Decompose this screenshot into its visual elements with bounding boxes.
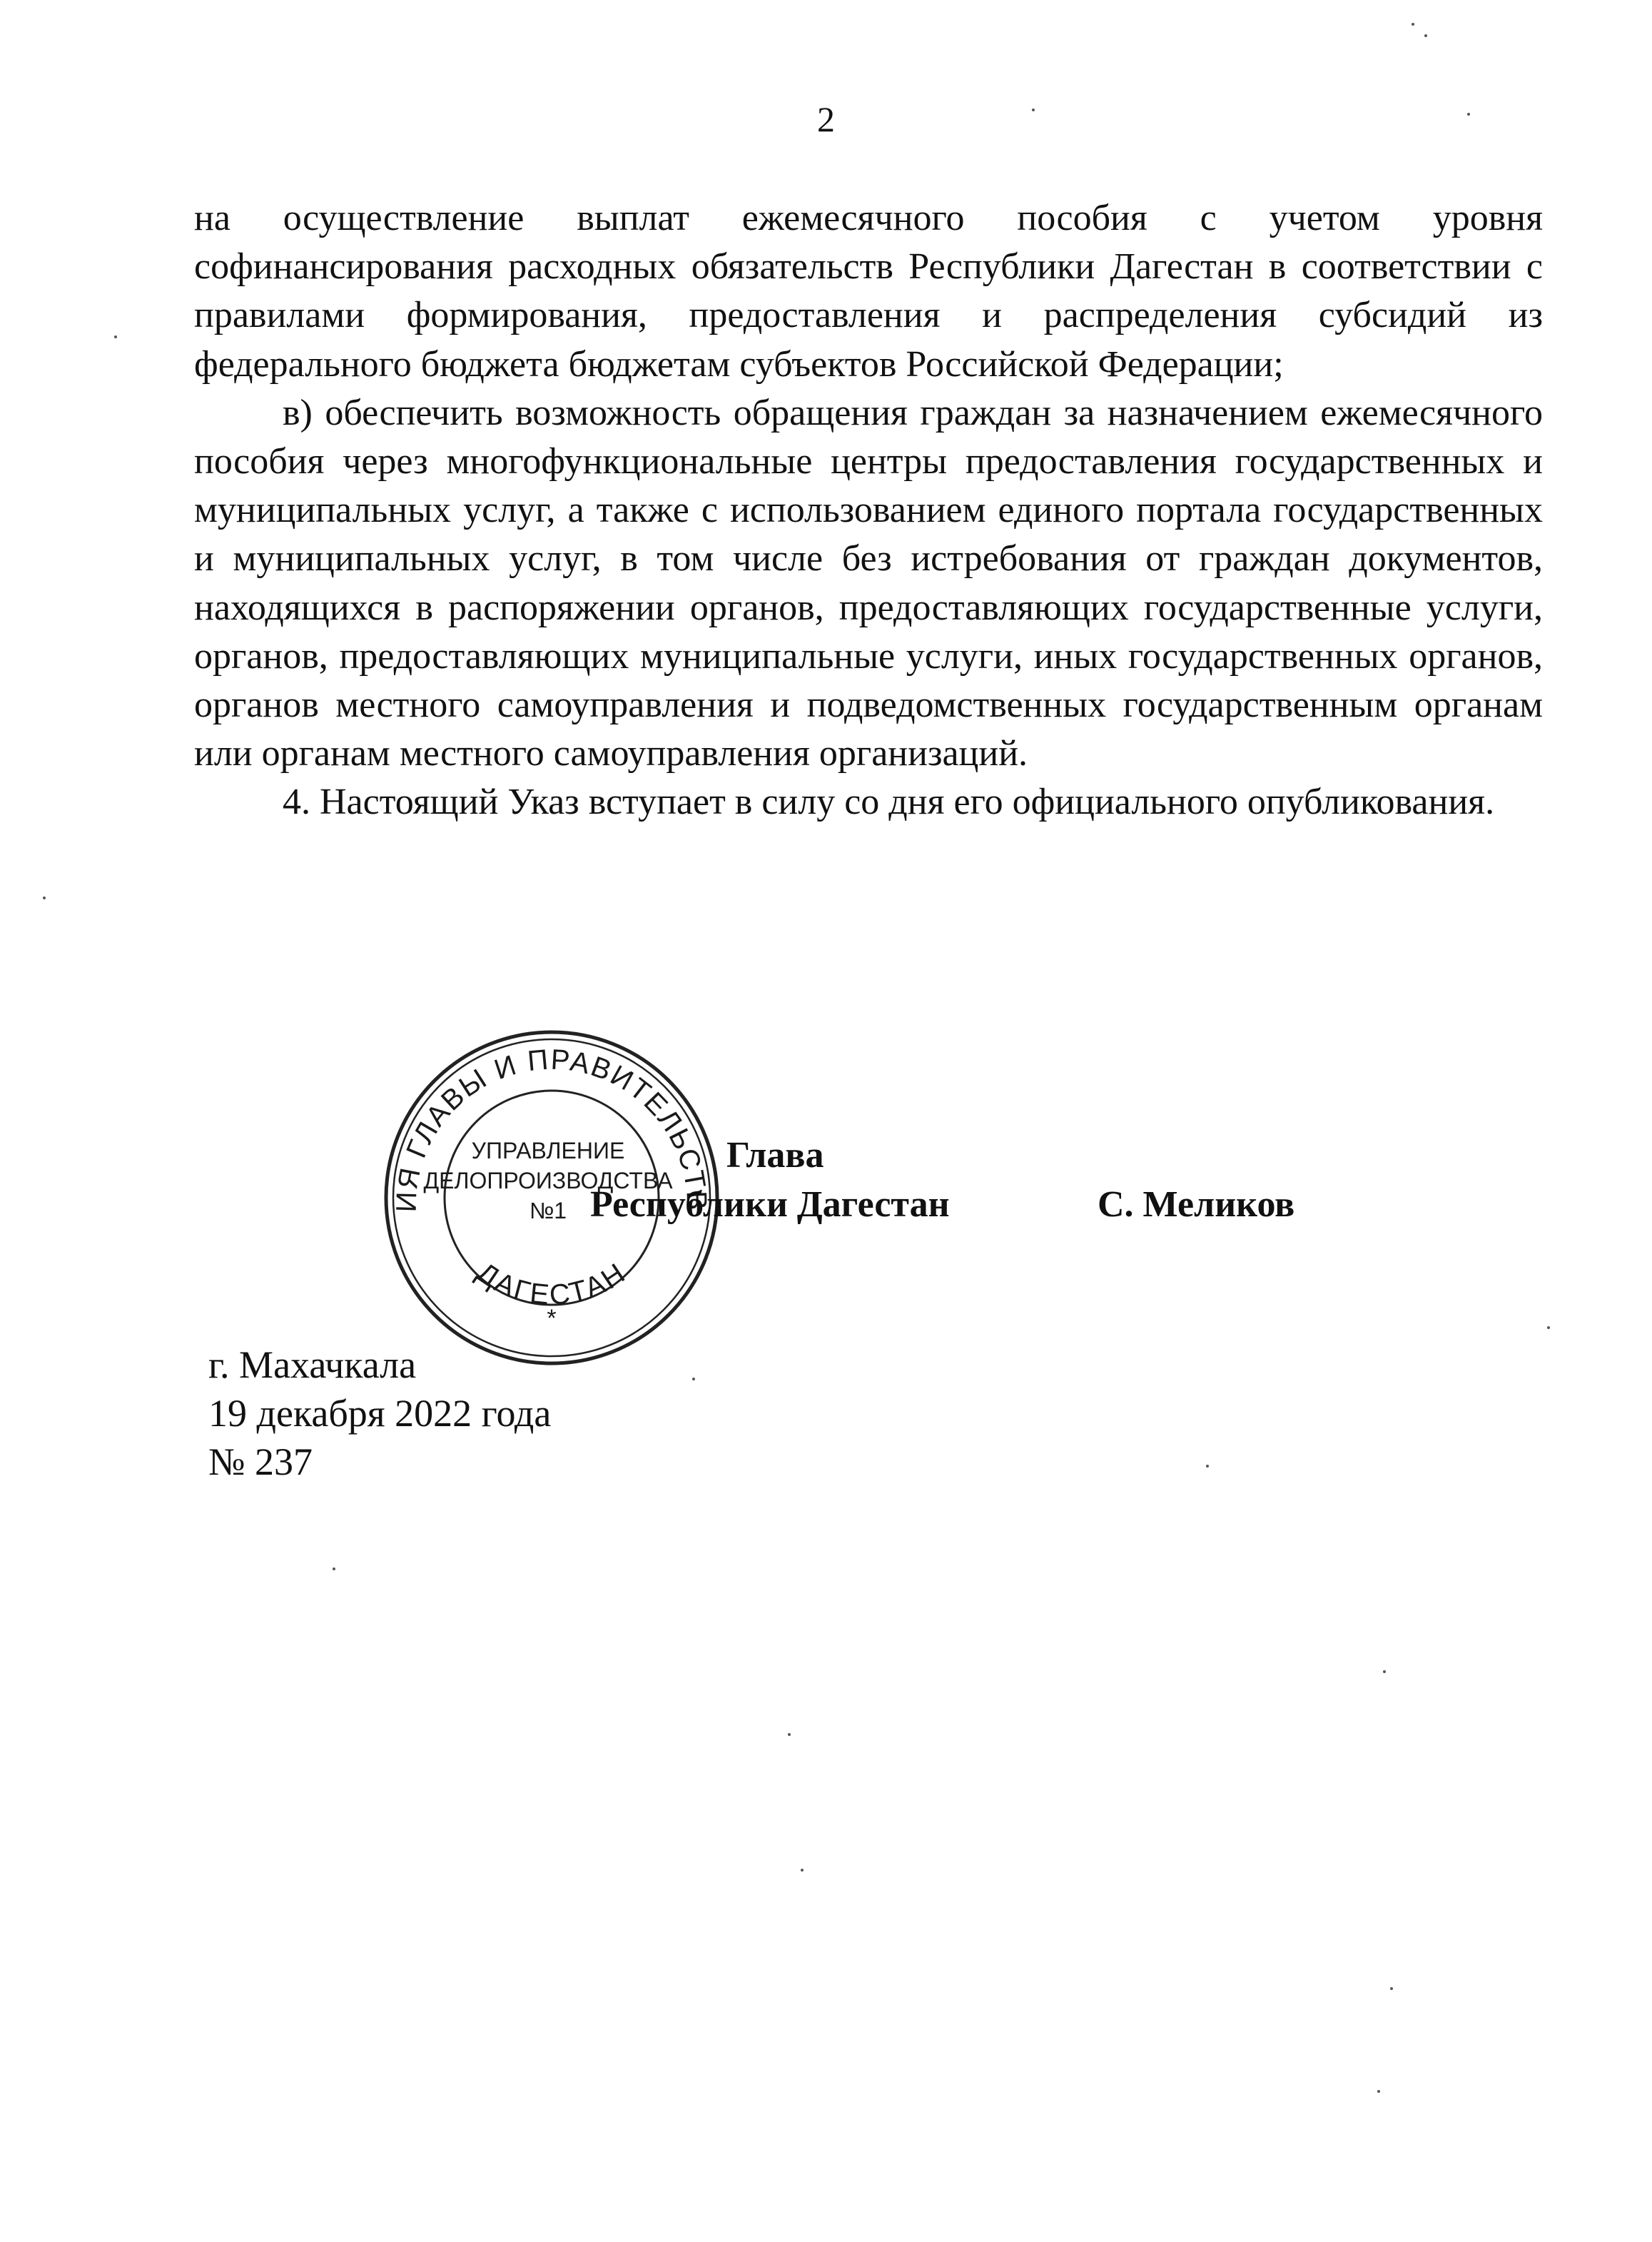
signatory-title-line-2: Республики Дагестан — [590, 1181, 950, 1229]
scan-speck — [114, 335, 117, 338]
stamp-center-line-1: УПРАВЛЕНИЕ — [472, 1138, 625, 1163]
stamp-star-icon: * — [547, 1305, 556, 1332]
scan-speck — [801, 1869, 804, 1872]
signatory-name: С. Меликов — [1098, 1181, 1294, 1229]
document-page: 2 на осуществление выплат ежемесячного п… — [0, 0, 1652, 2242]
scan-speck — [1383, 1670, 1386, 1673]
decree-number: № 237 — [208, 1438, 551, 1486]
paragraph-item-v: в) обеспечить возможность обращения граж… — [194, 389, 1543, 779]
scan-speck — [692, 1378, 695, 1380]
stamp-center-line-3: №1 — [529, 1198, 567, 1223]
issue-date: 19 декабря 2022 года — [208, 1389, 551, 1438]
scan-speck — [1412, 23, 1414, 26]
decree-body: на осуществление выплат ежемесячного пос… — [194, 194, 1543, 827]
issue-city: г. Махачкала — [208, 1340, 551, 1389]
scan-speck — [1377, 2090, 1380, 2093]
scan-speck — [1424, 34, 1427, 37]
stamp-bottom-text: ДАГЕСТАН — [471, 1256, 632, 1311]
scan-speck — [1032, 108, 1035, 111]
decree-footer: г. Махачкала 19 декабря 2022 года № 237 — [208, 1340, 551, 1486]
scan-speck — [1390, 1987, 1393, 1990]
page-number: 2 — [0, 99, 1652, 140]
paragraph-subsidy-continuation: на осуществление выплат ежемесячного пос… — [194, 194, 1543, 389]
paragraph-item-4: 4. Настоящий Указ вступает в силу со дня… — [194, 778, 1543, 827]
signatory-title-line-1: Глава — [726, 1131, 824, 1180]
scan-speck — [1547, 1326, 1550, 1329]
scan-speck — [1206, 1465, 1209, 1468]
scan-speck — [788, 1733, 791, 1736]
scan-speck — [1467, 113, 1470, 116]
scan-speck — [333, 1567, 335, 1570]
scan-speck — [43, 897, 46, 899]
svg-text:ДАГЕСТАН: ДАГЕСТАН — [471, 1256, 632, 1311]
